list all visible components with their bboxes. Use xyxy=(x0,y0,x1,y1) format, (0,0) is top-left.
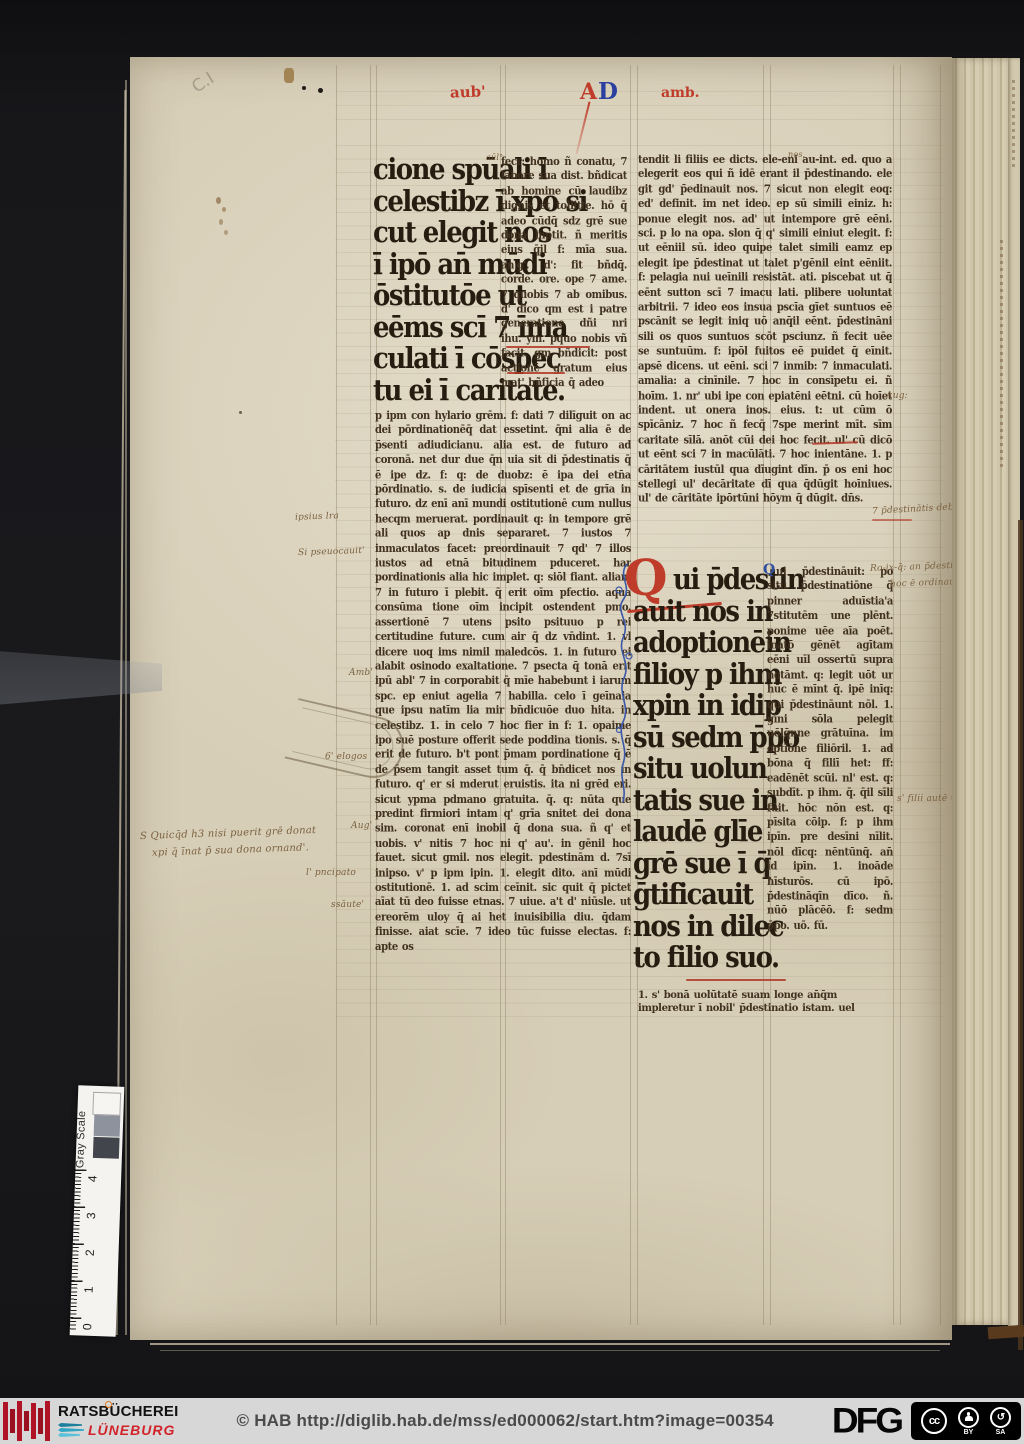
margin-note: ssāute' xyxy=(331,900,364,910)
ruling-vertical xyxy=(893,65,894,1325)
lemma-line: tatis sue in xyxy=(633,784,768,819)
margin-note: Amb' xyxy=(349,668,373,678)
stain xyxy=(224,230,228,235)
book-board-corner xyxy=(988,1325,1024,1339)
fore-edge-showthrough xyxy=(1000,240,1003,470)
red-underline xyxy=(872,519,912,521)
gloss-line: 1. s' bonā uolūtatē suam longe an̄q̄m xyxy=(638,989,910,1002)
page-stack-edge xyxy=(160,1350,940,1351)
lemma-line: culati ī cōspec xyxy=(373,342,505,377)
running-title-right: amb. xyxy=(661,85,700,101)
lemma-line: ui p̄destin xyxy=(633,563,768,598)
stain xyxy=(219,219,223,225)
fore-edge-showthrough xyxy=(1012,80,1015,170)
lemma-line: adoptionēin xyxy=(633,626,768,661)
cc-sa-arrow-icon: ↺ xyxy=(990,1407,1011,1428)
page-stack-edge xyxy=(150,1343,950,1345)
ink-dot xyxy=(318,88,323,93)
ruling-lines-header xyxy=(335,91,945,121)
binding-edge xyxy=(1018,520,1023,1350)
stain xyxy=(222,207,226,212)
ratsbuecherei-wordmark: RATSBÜCHEREI xyxy=(58,1403,178,1420)
lemma-line: xpin in idip xyxy=(633,689,768,724)
red-underline xyxy=(507,372,565,374)
running-title-initial-blue: D xyxy=(598,78,618,105)
fanned-book-icon xyxy=(58,1422,84,1438)
ruler-number: 0 xyxy=(80,1323,94,1330)
margin-note: ipsius lra xyxy=(295,511,339,523)
lemma-line: ī ipō an̄ mūdi xyxy=(373,248,505,283)
lemma-line: celestibz ī xpo si xyxy=(373,185,505,220)
lemma-line: situ uolun xyxy=(633,752,768,787)
gloss-block-left: p ipm con hylario grēm. f: dati 7 dilīgu… xyxy=(375,409,631,1011)
ink-dot xyxy=(239,411,242,414)
gloss-column-middle: fecr: homo ñ conatu, 7 labore sua dist. … xyxy=(501,155,627,427)
margin-note: Aug: xyxy=(886,391,908,401)
ruling-vertical xyxy=(900,65,901,1325)
lemma-line: ḡtificauit xyxy=(633,878,768,913)
lemma-line: cut elegit nos xyxy=(373,216,505,251)
margin-note: nos. xyxy=(788,150,805,159)
margin-note: l' pncipato xyxy=(306,868,356,878)
cc-by-person-icon xyxy=(958,1407,979,1428)
margin-note: S Quicq̄d h3 nisi puerit grē donat xyxy=(140,825,317,842)
ruler-number: 3 xyxy=(84,1212,98,1219)
footer-bar: RATSBÜCHEREI LÜNEBURG © HAB http://digli… xyxy=(0,1398,1024,1444)
lueneburg-wordmark: LÜNEBURG xyxy=(88,1423,175,1437)
lemma-line: eēms scī 7 īma xyxy=(373,311,505,346)
margin-note: Aug' xyxy=(351,821,372,831)
books-bars-icon xyxy=(3,1401,50,1441)
margin-note: xpi q̄ īnat p̄ sua dona ornand'. xyxy=(152,842,309,858)
lemma-column-1: cione spūali īcelestibz ī xpo sicut eleg… xyxy=(373,153,505,405)
page-stack-edge xyxy=(125,80,127,1335)
margin-note: s' filii autē = xyxy=(897,794,958,804)
ruler-number: 2 xyxy=(83,1249,97,1256)
manuscript-page: aub' A D amb. C.I cione spūali īcelestib… xyxy=(130,57,952,1340)
lemma-line: laudē glīe xyxy=(633,815,768,850)
lemma-line: ōstitutōe ut xyxy=(373,279,505,314)
ink-dot xyxy=(302,86,306,90)
gloss-bottom-lines: 1. s' bonā uolūtatē suam longe an̄q̄mimp… xyxy=(638,989,910,1019)
photograph-stage: aub' A D amb. C.I cione spūali īcelestib… xyxy=(0,0,1024,1444)
cc-icon: cc xyxy=(921,1408,947,1434)
running-title-left: aub' xyxy=(450,82,486,101)
stain xyxy=(284,68,294,83)
lemma-column-2: ui p̄destinauit nos inadoptionēinfilioy … xyxy=(633,563,768,973)
ruling-vertical xyxy=(336,65,337,1325)
lemma-line: filioy p ihm xyxy=(633,658,768,693)
margin-note: aūl° xyxy=(486,153,503,162)
ruling-vertical xyxy=(940,65,941,1325)
umlaut-accent xyxy=(105,1401,112,1408)
lemma-line: nos in dilec xyxy=(633,910,768,945)
ratsbuecherei-logo: RATSBÜCHEREI LÜNEBURG xyxy=(3,1401,178,1441)
cc-by-label: BY xyxy=(964,1429,974,1436)
lemma-line: grē sue ī q̄ xyxy=(633,847,768,882)
lemma-line: sū sedm p̄po xyxy=(633,721,768,756)
ruler-numbers: 43210 xyxy=(70,1085,125,1336)
gloss-column-right-upper: tendit li filiis ee dicts. ele-eni au-in… xyxy=(638,153,892,567)
ruler-number: 1 xyxy=(81,1286,95,1293)
red-underline xyxy=(506,346,590,348)
ruling-vertical xyxy=(370,65,371,1325)
lemma-line: auit nos in xyxy=(633,595,768,630)
lemma-line: to filio suo. xyxy=(633,941,768,976)
lemma-line: tu ei ī caritate. xyxy=(373,374,505,409)
ruler-number: 4 xyxy=(85,1175,99,1182)
stain xyxy=(216,197,221,204)
cc-sa-label: SA xyxy=(996,1429,1006,1436)
pencil-foliation-mark: C.I xyxy=(188,69,218,98)
gloss-line: impleretur ī nobil' p̄destinatio istam. … xyxy=(638,1002,910,1015)
attribution-url-text: © HAB http://diglib.hab.de/mss/ed000062/… xyxy=(178,1411,831,1431)
gloss-column-right-lower: ui p̄destināuit: po situ p̄destinatiōne … xyxy=(767,565,893,1013)
red-underline xyxy=(686,979,786,981)
dfg-logo: DFG xyxy=(832,1401,901,1441)
gray-scale-ruler: Gray Scale 43210 xyxy=(70,1085,125,1336)
cc-license-badge: cc BY ↺ SA xyxy=(911,1402,1021,1440)
